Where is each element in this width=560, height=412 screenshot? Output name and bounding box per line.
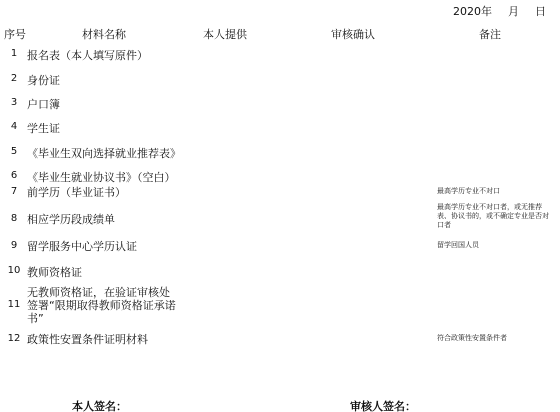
header-self-provided: 本人提供	[203, 26, 247, 42]
row-number: 12	[6, 333, 22, 344]
row-remark: 最高学历专业不对口者，或无推荐表、协议书的，或不确定专业是否对口者	[437, 203, 552, 230]
row-material-name: 政策性安置条件证明材料	[27, 331, 148, 347]
row-number: 7	[6, 186, 22, 197]
row-material-name: 前学历（毕业证书）	[27, 184, 126, 200]
header-remarks: 备注	[479, 26, 501, 42]
row-number: 5	[6, 146, 22, 157]
header-review-confirm: 审核确认	[331, 26, 375, 42]
header-material-name: 材料名称	[82, 26, 126, 42]
row-number: 8	[6, 213, 22, 224]
row-number: 2	[6, 73, 22, 84]
row-number: 6	[6, 170, 22, 181]
row-material-name: 学生证	[27, 120, 60, 136]
self-signature-label: 本人签名：	[72, 398, 127, 412]
date-year: 2020年	[453, 3, 492, 19]
row-remark: 留学回国人员	[437, 241, 552, 250]
row-material-name: 户口簿	[27, 96, 60, 112]
row-material-name: 《毕业生就业协议书》（空白）	[27, 169, 176, 185]
row-number: 3	[6, 97, 22, 108]
row-number: 11	[6, 299, 22, 310]
row-material-name: 身份证	[27, 72, 60, 88]
reviewer-signature-label: 审核人签名：	[350, 398, 416, 412]
date-day: 日	[535, 3, 546, 19]
row-number: 9	[6, 240, 22, 251]
row-remark: 最高学历专业不对口	[437, 187, 552, 196]
header-seq: 序号	[4, 26, 26, 42]
date-month: 月	[508, 3, 519, 19]
row-material-name: 《毕业生双向选择就业推荐表》	[27, 145, 181, 161]
row-number: 10	[6, 265, 22, 276]
row-material-name: 无教师资格证，在验证审核处签署“限期取得教师资格证承诺书”	[27, 286, 177, 325]
row-material-name: 相应学历段成绩单	[27, 211, 115, 227]
row-material-name: 报名表（本人填写原件）	[27, 47, 148, 63]
row-number: 1	[6, 48, 22, 59]
row-material-name: 教师资格证	[27, 264, 82, 280]
row-number: 4	[6, 121, 22, 132]
row-material-name: 留学服务中心学历认证	[27, 238, 137, 254]
row-remark: 符合政策性安置条件者	[437, 334, 552, 343]
